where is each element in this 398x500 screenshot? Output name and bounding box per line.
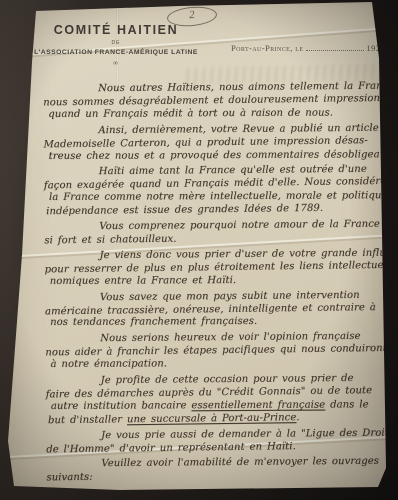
letterhead-title: COMITÉ HAITIEN [30, 23, 202, 37]
letterhead-connector: DE [30, 40, 202, 46]
dateline: Port-au-Prince, le192 [231, 42, 381, 53]
dateline-blank-short [382, 42, 395, 51]
paragraph: Veuillez avoir l'amabilité de m'envoyer … [55, 456, 395, 485]
photo-of-letter: 2 COMITÉ HAITIEN DE L'ASSOCIATION FRANCE… [0, 0, 398, 500]
handwritten-line: treuse chez nous et a provoqué des comme… [49, 149, 393, 164]
paragraph: Vous comprenez pourquoi notre amour de l… [53, 219, 393, 248]
handwritten-line: quand un Français médit à tort ou à rais… [48, 107, 392, 122]
paragraph: Haïti aime tant la France qu'elle est ou… [53, 164, 393, 219]
handwritten-line: à notre émancipation. [50, 357, 394, 372]
letterhead-subtitle: L'ASSOCIATION FRANCE-AMÉRIQUE LATINE [30, 49, 202, 56]
paragraph: Ainsi, dernièrement, votre Revue a publi… [52, 122, 392, 164]
handwritten-line: indépendance est issue des grandes Idées… [46, 202, 393, 219]
dateline-blank [306, 42, 364, 51]
paragraph: Nous serions heureux de voir l'opinion f… [54, 331, 394, 373]
handwritten-line: suivants: [46, 468, 395, 485]
paragraph: Je profite de cette occasion pour vous p… [55, 373, 395, 428]
letter-paper: 2 COMITÉ HAITIEN DE L'ASSOCIATION FRANCE… [0, 0, 398, 500]
letterhead-ornament: ∞ [30, 59, 202, 67]
page-number: 2 [189, 9, 196, 21]
handwritten-line: nos tendances franchement françaises. [50, 316, 394, 331]
letterhead: COMITÉ HAITIEN DE L'ASSOCIATION FRANCE-A… [30, 23, 202, 67]
paragraph: Je vous prie aussi de demander à la "Lig… [55, 427, 395, 456]
dateline-year: 192 [366, 43, 380, 53]
paragraph: Je viens donc vous prier d'user de votre… [53, 247, 393, 289]
handwritten-line: nomiques entre la France et Haïti. [50, 274, 394, 289]
letter-body: Nous autres Haïtiens, nous aimons tellem… [0, 81, 396, 489]
paragraph: Vous savez que mon pays subit une interv… [54, 289, 394, 331]
paragraph: Nous autres Haïtiens, nous aimons tellem… [52, 81, 392, 123]
dateline-place: Port-au-Prince, le [231, 43, 303, 53]
